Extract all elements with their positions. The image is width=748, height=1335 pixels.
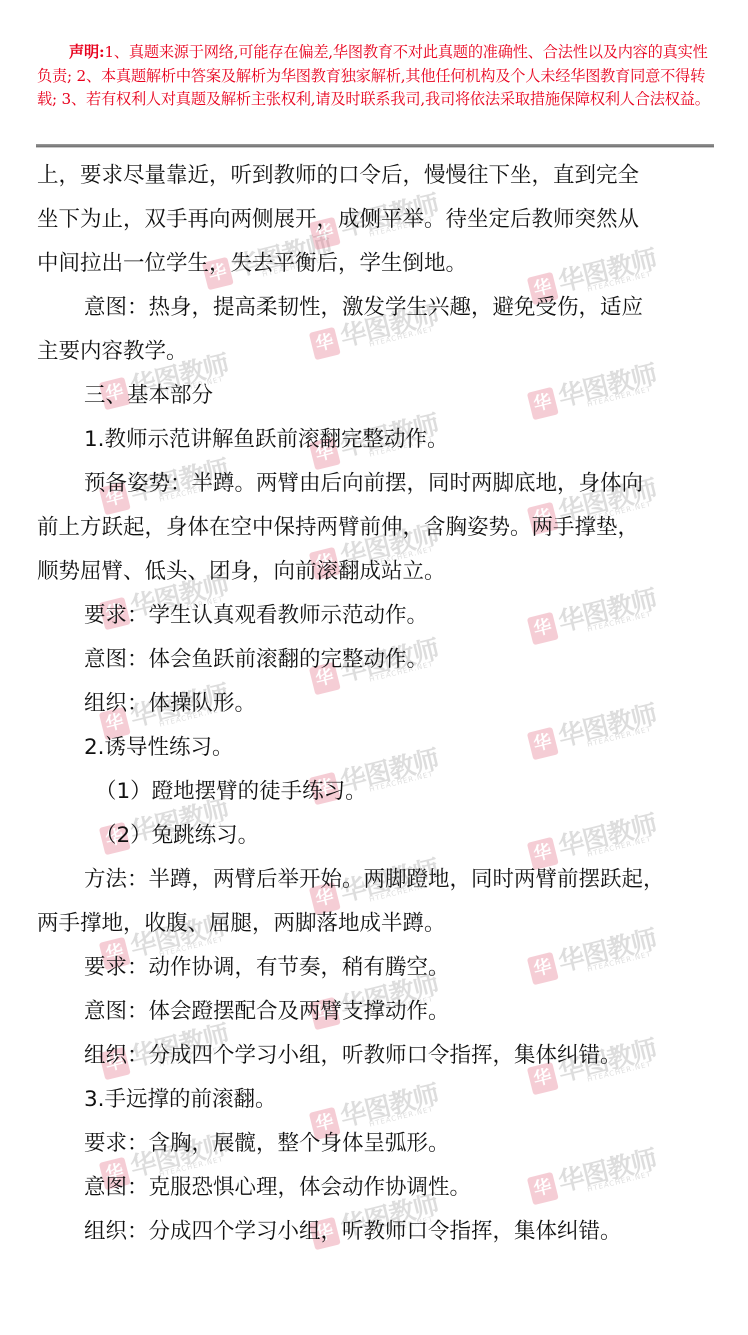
paragraph-line: 两手撑地，收腹、屈腿，两脚落地成半蹲。	[37, 902, 717, 946]
disclaimer-label: 声明:	[69, 43, 104, 61]
paragraph-line: 上，要求尽量靠近，听到教师的口令后，慢慢往下坐，直到完全	[37, 154, 717, 198]
requirement-line: 要求：含胸，展髋，整个身体呈弧形。	[37, 1122, 717, 1166]
paragraph-line: 前上方跃起，身体在空中保持两臂前伸，含胸姿势。两手撑垫，	[37, 506, 717, 550]
intent-line: 意图：克服恐惧心理，体会动作协调性。	[37, 1166, 717, 1210]
paragraph-line: 顺势屈臂、低头、团身，向前滚翻成站立。	[37, 550, 717, 594]
header-divider	[36, 144, 714, 148]
method-line: 方法：半蹲，两臂后举开始。两脚蹬地，同时两臂前摆跃起，	[37, 858, 717, 902]
subsection-heading: 3.手远撑的前滚翻。	[37, 1078, 717, 1122]
organization-line: 组织：体操队形。	[37, 682, 717, 726]
paragraph-line: 坐下为止，双手再向两侧展开，成侧平举。待坐定后教师突然从	[37, 198, 717, 242]
requirement-line: 要求：学生认真观看教师示范动作。	[37, 594, 717, 638]
exercise-item: （2）兔跳练习。	[37, 814, 717, 858]
paragraph-line: 主要内容教学。	[37, 330, 717, 374]
intent-line: 意图：体会蹬摆配合及两臂支撑动作。	[37, 990, 717, 1034]
organization-line: 组织：分成四个学习小组，听教师口令指挥，集体纠错。	[37, 1210, 717, 1254]
subsection-heading: 1.教师示范讲解鱼跃前滚翻完整动作。	[37, 418, 717, 462]
intent-line: 意图：热身，提高柔韧性，激发学生兴趣，避免受伤，适应	[37, 286, 717, 330]
paragraph-line: 预备姿势：半蹲。两臂由后向前摆，同时两脚底地，身体向	[37, 462, 717, 506]
section-heading: 三、基本部分	[37, 374, 717, 418]
disclaimer-text: 1、真题来源于网络,可能存在偏差,华图教育不对此真题的准确性、合法性以及内容的真…	[37, 43, 710, 108]
paragraph-line: 中间拉出一位学生，失去平衡后，学生倒地。	[37, 242, 717, 286]
intent-line: 意图：体会鱼跃前滚翻的完整动作。	[37, 638, 717, 682]
requirement-line: 要求：动作协调，有节奏，稍有腾空。	[37, 946, 717, 990]
exercise-item: （1）蹬地摆臂的徒手练习。	[37, 770, 717, 814]
disclaimer: 声明:1、真题来源于网络,可能存在偏差,华图教育不对此真题的准确性、合法性以及内…	[37, 41, 713, 112]
document-body: 上，要求尽量靠近，听到教师的口令后，慢慢往下坐，直到完全 坐下为止，双手再向两侧…	[37, 154, 717, 1254]
organization-line: 组织：分成四个学习小组，听教师口令指挥，集体纠错。	[37, 1034, 717, 1078]
subsection-heading: 2.诱导性练习。	[37, 726, 717, 770]
